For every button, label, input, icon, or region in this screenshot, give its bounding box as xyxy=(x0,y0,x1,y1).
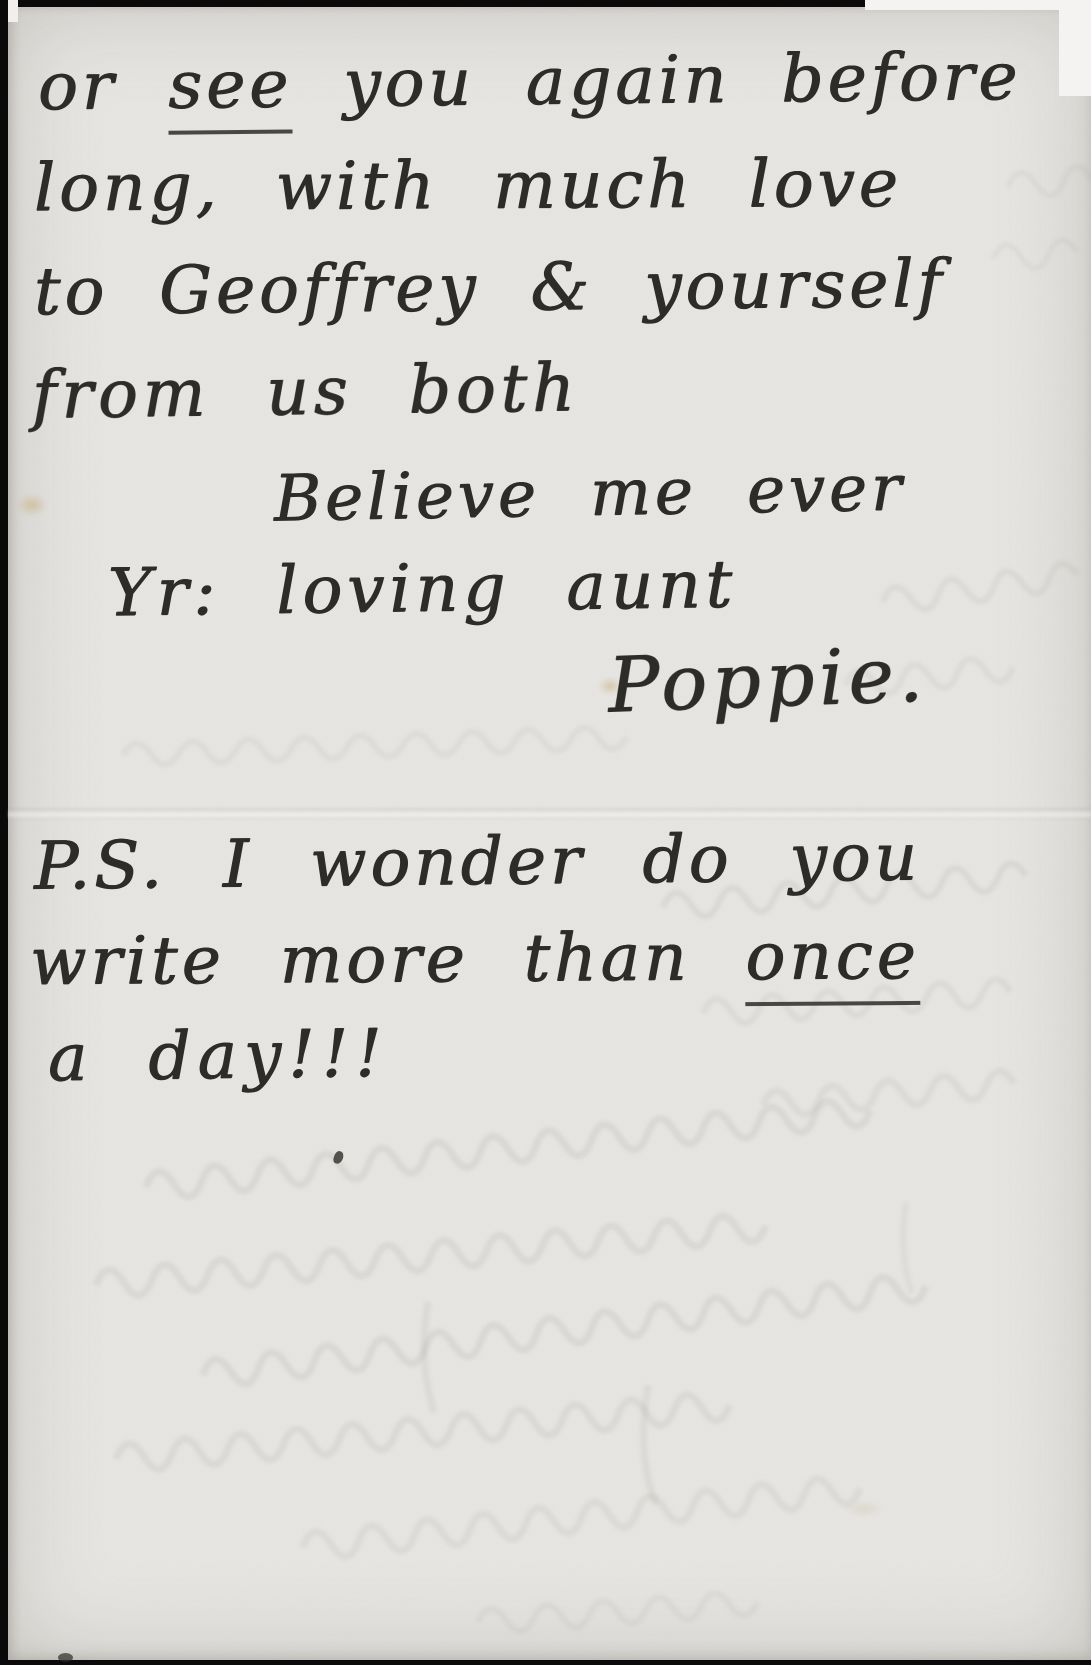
paper-stain xyxy=(16,493,48,517)
letter-paper: or see you again before long, with much … xyxy=(8,7,1091,1660)
scanned-letter-page: or see you again before long, with much … xyxy=(0,0,1091,1665)
postscript-line-3: a day!!! xyxy=(47,1015,389,1097)
postscript-line-2-pre: write more than xyxy=(30,918,746,1000)
letter-line-1-pre: or xyxy=(38,47,169,125)
paper-edge-notch xyxy=(8,0,18,22)
fold-crease xyxy=(8,808,1091,820)
signature: Poppie. xyxy=(607,629,929,729)
postscript-line-2-underlined-word: once xyxy=(745,917,920,1006)
letter-line-1-underlined-word: see xyxy=(168,45,293,134)
letter-line-1: or see you again before xyxy=(38,38,1022,125)
valediction-line-1: Believe me ever xyxy=(273,451,906,536)
scanner-backing-top-right xyxy=(1059,0,1091,96)
letter-line-4: from us both xyxy=(31,349,580,434)
postscript-line-1: P.S. I wonder do you xyxy=(34,818,922,904)
letter-line-1-post: you again before xyxy=(292,38,1022,123)
letter-line-2: long, with much love xyxy=(34,145,902,227)
ink-speck xyxy=(332,1150,345,1165)
valediction-line-2: Yr: loving aunt xyxy=(107,546,737,632)
ink-speck xyxy=(58,1653,73,1662)
scanner-backing-top xyxy=(865,0,1091,10)
letter-line-3: to Geoffrey & yourself xyxy=(34,245,946,330)
postscript-line-2: write more than once xyxy=(30,917,920,1000)
paper-stain xyxy=(844,1501,884,1517)
